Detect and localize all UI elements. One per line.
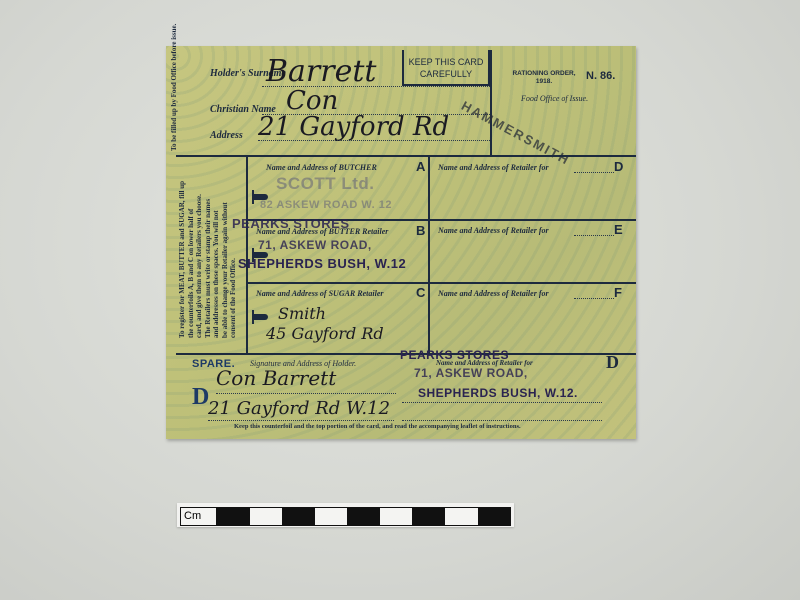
spare-letter: D (192, 384, 209, 411)
card-number: N. 86. (586, 70, 615, 82)
scale-bar: Cm (177, 503, 514, 527)
holder-address: 21 Gayford Rd W.12 (208, 398, 390, 419)
section-e-letter: E (614, 222, 623, 237)
section-b-letter: B (416, 223, 425, 238)
ration-card: To be filled up by Food Office before is… (166, 46, 636, 439)
address-line (258, 140, 492, 141)
scale-segment (217, 508, 250, 525)
scale-segment (412, 508, 445, 525)
spare-stamp-street: 71, ASKEW ROAD, (414, 366, 528, 380)
spare-footer: Keep this counterfoil and the top portio… (234, 423, 521, 430)
section-a-letter: A (416, 159, 425, 174)
pointer-hand-icon (254, 314, 268, 320)
spare-retailer-letter: D (606, 352, 619, 373)
scale-segment (347, 508, 380, 525)
section-f-letter: F (614, 285, 622, 300)
section-d-label: Name and Address of Retailer for (438, 163, 549, 172)
address-value: 21 Gayford Rd (258, 112, 449, 142)
rationing-order: RATIONING ORDER, 1918. (508, 70, 580, 86)
scale-segment (380, 508, 413, 525)
scale-segment (445, 508, 478, 525)
sugar-retailer-name: Smith (278, 304, 326, 323)
section-c-letter: C (416, 285, 425, 300)
butter-stamp-town: SHEPHERDS BUSH, W.12 (238, 256, 406, 271)
section-d-letter: D (614, 159, 623, 174)
scale-segment (315, 508, 348, 525)
sugar-retailer-address: 45 Gayford Rd (266, 324, 384, 343)
section-e-line (574, 235, 614, 236)
food-office-stamp: HAMMERSMITH (459, 98, 573, 168)
divider (176, 155, 636, 157)
food-office-label: Food Office of Issue. (521, 94, 588, 103)
butter-stamp-street: 71, ASKEW ROAD, (258, 238, 372, 252)
holder-address-line (208, 420, 394, 421)
address-label: Address (210, 130, 243, 141)
scale-segment (282, 508, 315, 525)
scale-unit-label: Cm (181, 508, 217, 525)
food-office-note: To be filled up by Food Office before is… (170, 24, 179, 151)
holders-surname-value: Barrett (266, 54, 376, 89)
butcher-stamp-address: 82 ASKEW ROAD W. 12 (260, 199, 392, 211)
section-d-line (574, 172, 614, 173)
spare-stamp-name: PEARKS STORES (400, 348, 509, 362)
scale-segment (478, 508, 511, 525)
scale-segment (250, 508, 283, 525)
spare-stamp-town: SHEPHERDS BUSH, W.12. (418, 386, 578, 400)
section-e-label: Name and Address of Retailer for (438, 226, 549, 235)
registration-instructions: To register for MEAT, BUTTER and SUGAR, … (178, 181, 238, 338)
butter-stamp-name: PEARKS STORES (232, 216, 350, 231)
spare-retailer-line (402, 402, 602, 403)
divider (246, 155, 248, 355)
divider (428, 155, 430, 355)
section-f-line (574, 298, 614, 299)
divider (490, 50, 492, 155)
butcher-stamp-name: SCOTT Ltd. (276, 174, 374, 194)
section-c-label: Name and Address of SUGAR Retailer (256, 289, 384, 298)
signature-line (216, 393, 396, 394)
keep-card-notice: KEEP THIS CARD CAREFULLY (402, 50, 490, 86)
divider (246, 282, 636, 284)
section-f-label: Name and Address of Retailer for (438, 289, 549, 298)
holder-signature: Con Barrett (216, 366, 336, 390)
section-a-label: Name and Address of BUTCHER (266, 163, 377, 172)
spare-retailer-line (402, 420, 602, 421)
